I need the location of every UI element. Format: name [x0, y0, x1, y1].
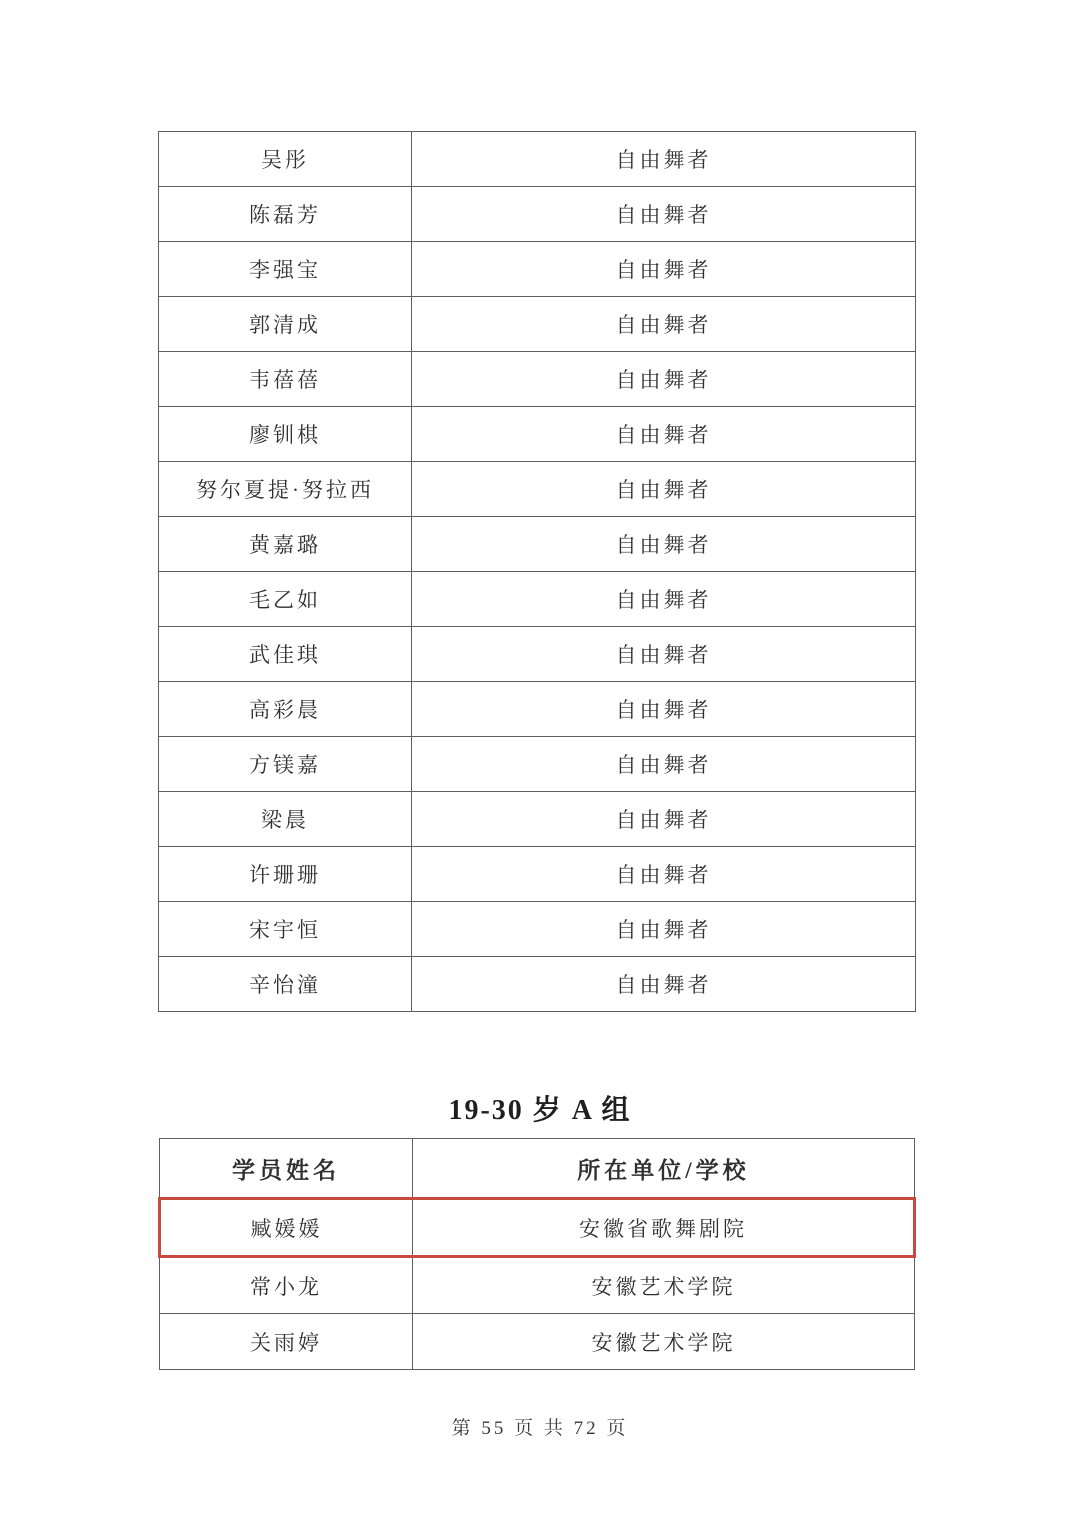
table-row: 辛怡潼自由舞者: [159, 957, 916, 1012]
organization-cell: 自由舞者: [412, 407, 916, 462]
organization-cell: 自由舞者: [412, 242, 916, 297]
student-name-cell: 关雨婷: [160, 1314, 413, 1370]
table-header-row: 学员姓名 所在单位/学校: [160, 1139, 915, 1199]
student-name-cell: 郭清成: [159, 297, 412, 352]
organization-cell: 自由舞者: [412, 132, 916, 187]
organization-cell: 自由舞者: [412, 847, 916, 902]
organization-cell: 自由舞者: [412, 352, 916, 407]
student-name-cell: 毛乙如: [159, 572, 412, 627]
table-row: 吴彤自由舞者: [159, 132, 916, 187]
document-page: 吴彤自由舞者陈磊芳自由舞者李强宝自由舞者郭清成自由舞者韦蓓蓓自由舞者廖钏棋自由舞…: [0, 0, 1080, 1527]
dancers-table-body: 吴彤自由舞者陈磊芳自由舞者李强宝自由舞者郭清成自由舞者韦蓓蓓自由舞者廖钏棋自由舞…: [159, 132, 916, 1012]
student-name-cell: 梁晨: [159, 792, 412, 847]
student-name-cell: 武佳琪: [159, 627, 412, 682]
table-row: 常小龙安徽艺术学院: [160, 1257, 915, 1314]
table-row: 郭清成自由舞者: [159, 297, 916, 352]
organization-cell: 安徽艺术学院: [413, 1257, 915, 1314]
table-row: 方镁嘉自由舞者: [159, 737, 916, 792]
organization-cell: 安徽省歌舞剧院: [413, 1199, 915, 1257]
organization-cell: 自由舞者: [412, 957, 916, 1012]
table-row: 努尔夏提·努拉西自由舞者: [159, 462, 916, 517]
table-row: 关雨婷安徽艺术学院: [160, 1314, 915, 1370]
table-row: 黄嘉璐自由舞者: [159, 517, 916, 572]
student-name-cell: 陈磊芳: [159, 187, 412, 242]
table-row: 毛乙如自由舞者: [159, 572, 916, 627]
table-row: 武佳琪自由舞者: [159, 627, 916, 682]
table-row: 廖钏棋自由舞者: [159, 407, 916, 462]
table-row: 梁晨自由舞者: [159, 792, 916, 847]
student-name-cell: 廖钏棋: [159, 407, 412, 462]
organization-cell: 自由舞者: [412, 682, 916, 737]
table-row: 许珊珊自由舞者: [159, 847, 916, 902]
organization-cell: 自由舞者: [412, 902, 916, 957]
student-name-cell: 宋宇恒: [159, 902, 412, 957]
section-title: 19-30 岁 A 组: [0, 1088, 1080, 1128]
student-name-cell: 辛怡潼: [159, 957, 412, 1012]
table-row: 陈磊芳自由舞者: [159, 187, 916, 242]
student-name-cell: 努尔夏提·努拉西: [159, 462, 412, 517]
student-name-cell: 方镁嘉: [159, 737, 412, 792]
organization-cell: 自由舞者: [412, 297, 916, 352]
organization-cell: 自由舞者: [412, 187, 916, 242]
student-name-cell: 高彩晨: [159, 682, 412, 737]
student-name-cell: 许珊珊: [159, 847, 412, 902]
table-row: 高彩晨自由舞者: [159, 682, 916, 737]
student-name-cell: 李强宝: [159, 242, 412, 297]
group-a-table-body: 臧媛媛安徽省歌舞剧院常小龙安徽艺术学院关雨婷安徽艺术学院: [160, 1199, 915, 1370]
table-row: 韦蓓蓓自由舞者: [159, 352, 916, 407]
organization-cell: 自由舞者: [412, 517, 916, 572]
page-number: 第 55 页 共 72 页: [0, 1413, 1080, 1440]
student-name-cell: 黄嘉璐: [159, 517, 412, 572]
organization-cell: 自由舞者: [412, 462, 916, 517]
student-name-cell: 臧媛媛: [160, 1199, 413, 1257]
table-row: 宋宇恒自由舞者: [159, 902, 916, 957]
group-a-table: 学员姓名 所在单位/学校 臧媛媛安徽省歌舞剧院常小龙安徽艺术学院关雨婷安徽艺术学…: [158, 1138, 916, 1370]
student-name-cell: 吴彤: [159, 132, 412, 187]
table-row-highlighted: 臧媛媛安徽省歌舞剧院: [160, 1199, 915, 1257]
column-header-student-name: 学员姓名: [160, 1139, 413, 1199]
organization-cell: 安徽艺术学院: [413, 1314, 915, 1370]
organization-cell: 自由舞者: [412, 572, 916, 627]
organization-cell: 自由舞者: [412, 737, 916, 792]
organization-cell: 自由舞者: [412, 792, 916, 847]
student-name-cell: 常小龙: [160, 1257, 413, 1314]
dancers-table: 吴彤自由舞者陈磊芳自由舞者李强宝自由舞者郭清成自由舞者韦蓓蓓自由舞者廖钏棋自由舞…: [158, 131, 916, 1012]
column-header-organization: 所在单位/学校: [413, 1139, 915, 1199]
organization-cell: 自由舞者: [412, 627, 916, 682]
student-name-cell: 韦蓓蓓: [159, 352, 412, 407]
table-row: 李强宝自由舞者: [159, 242, 916, 297]
